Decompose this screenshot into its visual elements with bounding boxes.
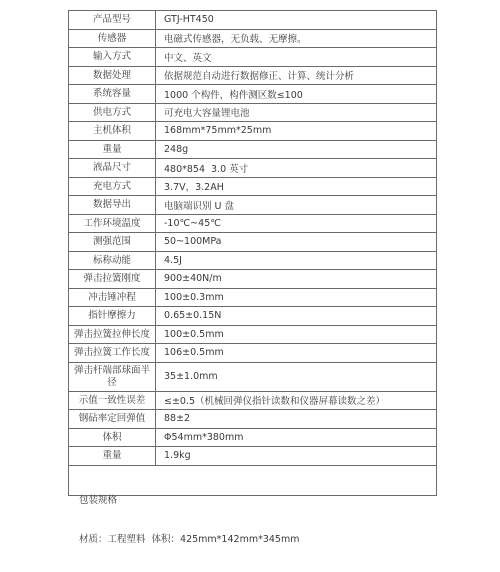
product-spec-table: 产品型号 GTJ-HT450 传感器 电磁式传感器，无负载、无摩擦。 输入方式 …	[68, 10, 437, 496]
table-row: 传感器 电磁式传感器，无负载、无摩擦。	[69, 30, 436, 49]
spec-label: 重量	[69, 141, 156, 159]
table-row: 数据导出 电脑端识别 U 盘	[69, 196, 436, 215]
spec-label: 钢砧率定回弹值	[69, 410, 156, 428]
packaging-detail: 材质：工程塑料 体积：425mm*142mm*345mm	[79, 533, 426, 546]
spec-label: 供电方式	[69, 104, 156, 122]
table-row: 产品型号 GTJ-HT450	[69, 11, 436, 30]
spec-value: 3.7V，3.2AH	[156, 178, 436, 196]
table-row: 体积 Φ54mm*380mm	[69, 429, 436, 448]
spec-label: 系统容量	[69, 85, 156, 103]
spec-label: 输入方式	[69, 48, 156, 66]
spec-label: 弹击拉簧刚度	[69, 270, 156, 288]
spec-value: 168mm*75mm*25mm	[156, 122, 436, 140]
table-row: 弹击拉簧工作长度 106±0.5mm	[69, 344, 436, 363]
spec-value: 900±40N/m	[156, 270, 436, 288]
spec-value: 1000 个构件，构件测区数≤100	[156, 85, 436, 103]
spec-value: 106±0.5mm	[156, 344, 436, 362]
table-row: 主机体积 168mm*75mm*25mm	[69, 122, 436, 141]
spec-label: 体积	[69, 429, 156, 447]
spec-value: 4.5J	[156, 252, 436, 270]
spec-value: ≤±0.5（机械回弹仪指针读数和仪器屏幕读数之差）	[156, 392, 436, 410]
spec-label: 弹击拉簧工作长度	[69, 344, 156, 362]
table-row: 输入方式 中文、英文	[69, 48, 436, 67]
spec-value: 0.65±0.15N	[156, 307, 436, 325]
spec-value: 88±2	[156, 410, 436, 428]
spec-label: 标称动能	[69, 252, 156, 270]
packaging-title: 包装规格	[79, 494, 426, 507]
table-row: 冲击锤冲程 100±0.3mm	[69, 289, 436, 308]
spec-value: 35±1.0mm	[156, 363, 436, 391]
spec-value: 248g	[156, 141, 436, 159]
spec-label: 弹击杆端部球面半径	[69, 363, 156, 391]
spec-value: 1.9kg	[156, 447, 436, 465]
spec-value: 中文、英文	[156, 48, 436, 66]
spec-value: GTJ-HT450	[156, 11, 436, 29]
spec-label: 主机体积	[69, 122, 156, 140]
table-row: 液晶尺寸 480*854 3.0 英寸	[69, 159, 436, 178]
spec-label: 数据处理	[69, 67, 156, 85]
table-row: 测强范围 50~100MPa	[69, 233, 436, 252]
table-row: 系统容量 1000 个构件，构件测区数≤100	[69, 85, 436, 104]
spec-label: 液晶尺寸	[69, 159, 156, 177]
table-row: 弹击拉簧刚度 900±40N/m	[69, 270, 436, 289]
spec-label: 弹击拉簧拉伸长度	[69, 326, 156, 344]
spec-value: 50~100MPa	[156, 233, 436, 251]
table-row: 指针摩擦力 0.65±0.15N	[69, 307, 436, 326]
spec-label: 测强范围	[69, 233, 156, 251]
spec-label: 数据导出	[69, 196, 156, 214]
spec-label: 冲击锤冲程	[69, 289, 156, 307]
spec-label: 重量	[69, 447, 156, 465]
spec-label: 传感器	[69, 30, 156, 48]
spec-value: 电脑端识别 U 盘	[156, 196, 436, 214]
packaging-section: 包装规格 材质：工程塑料 体积：425mm*142mm*345mm	[69, 466, 436, 495]
table-row: 弹击拉簧拉伸长度 100±0.5mm	[69, 326, 436, 345]
table-row: 供电方式 可充电大容量锂电池	[69, 104, 436, 123]
table-row: 标称动能 4.5J	[69, 252, 436, 271]
spec-value: -10℃~45℃	[156, 215, 436, 233]
spec-value: 100±0.5mm	[156, 326, 436, 344]
table-row: 重量 1.9kg	[69, 447, 436, 466]
spec-label: 产品型号	[69, 11, 156, 29]
spec-value: 480*854 3.0 英寸	[156, 159, 436, 177]
spec-label: 充电方式	[69, 178, 156, 196]
table-row: 充电方式 3.7V，3.2AH	[69, 178, 436, 197]
spec-label: 示值一致性误差	[69, 392, 156, 410]
spec-value: Φ54mm*380mm	[156, 429, 436, 447]
table-row: 数据处理 依据规范自动进行数据修正、计算、统计分析	[69, 67, 436, 86]
spec-value: 电磁式传感器，无负载、无摩擦。	[156, 30, 436, 48]
spec-value: 依据规范自动进行数据修正、计算、统计分析	[156, 67, 436, 85]
spec-label: 指针摩擦力	[69, 307, 156, 325]
table-row: 钢砧率定回弹值 88±2	[69, 410, 436, 429]
table-row: 工作环境温度 -10℃~45℃	[69, 215, 436, 234]
table-row: 示值一致性误差 ≤±0.5（机械回弹仪指针读数和仪器屏幕读数之差）	[69, 392, 436, 411]
table-row: 弹击杆端部球面半径 35±1.0mm	[69, 363, 436, 392]
spec-label: 工作环境温度	[69, 215, 156, 233]
spec-value: 100±0.3mm	[156, 289, 436, 307]
table-row: 重量 248g	[69, 141, 436, 160]
spec-value: 可充电大容量锂电池	[156, 104, 436, 122]
